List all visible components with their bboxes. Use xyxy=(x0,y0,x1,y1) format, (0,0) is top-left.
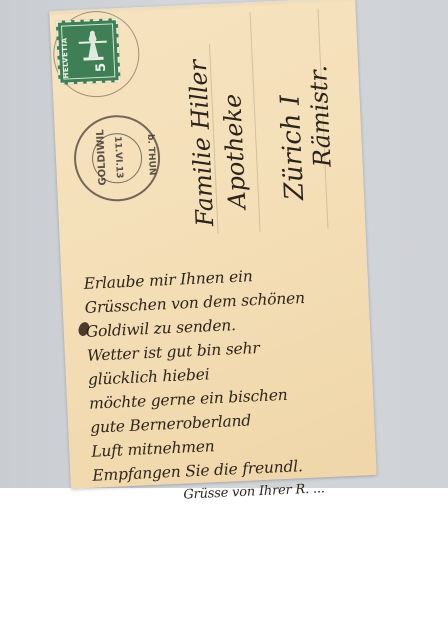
address-line-city: Zürich I xyxy=(275,94,310,201)
handwritten-message: Erlaube mir Ihnen ein Grüsschen von dem … xyxy=(83,259,379,512)
stamp-value: 5 xyxy=(94,63,109,73)
stamp-figure-icon xyxy=(76,29,110,64)
postcard: HELVETIA 5 GOLDIWIL 11.VI.13 b. THUN Fam… xyxy=(49,0,376,489)
postmark: GOLDIWIL 11.VI.13 b. THUN xyxy=(72,113,162,203)
address-line-business: Apotheke xyxy=(218,93,251,209)
address-rule xyxy=(250,12,261,232)
postmark-date: 11.VI.13 xyxy=(112,136,124,176)
postmark-district: b. THUN xyxy=(145,130,157,180)
address-line-street: Rämistr. xyxy=(304,65,337,168)
address-line-name: Familie Hiller xyxy=(184,59,220,227)
postage-stamp: HELVETIA 5 xyxy=(56,18,121,85)
